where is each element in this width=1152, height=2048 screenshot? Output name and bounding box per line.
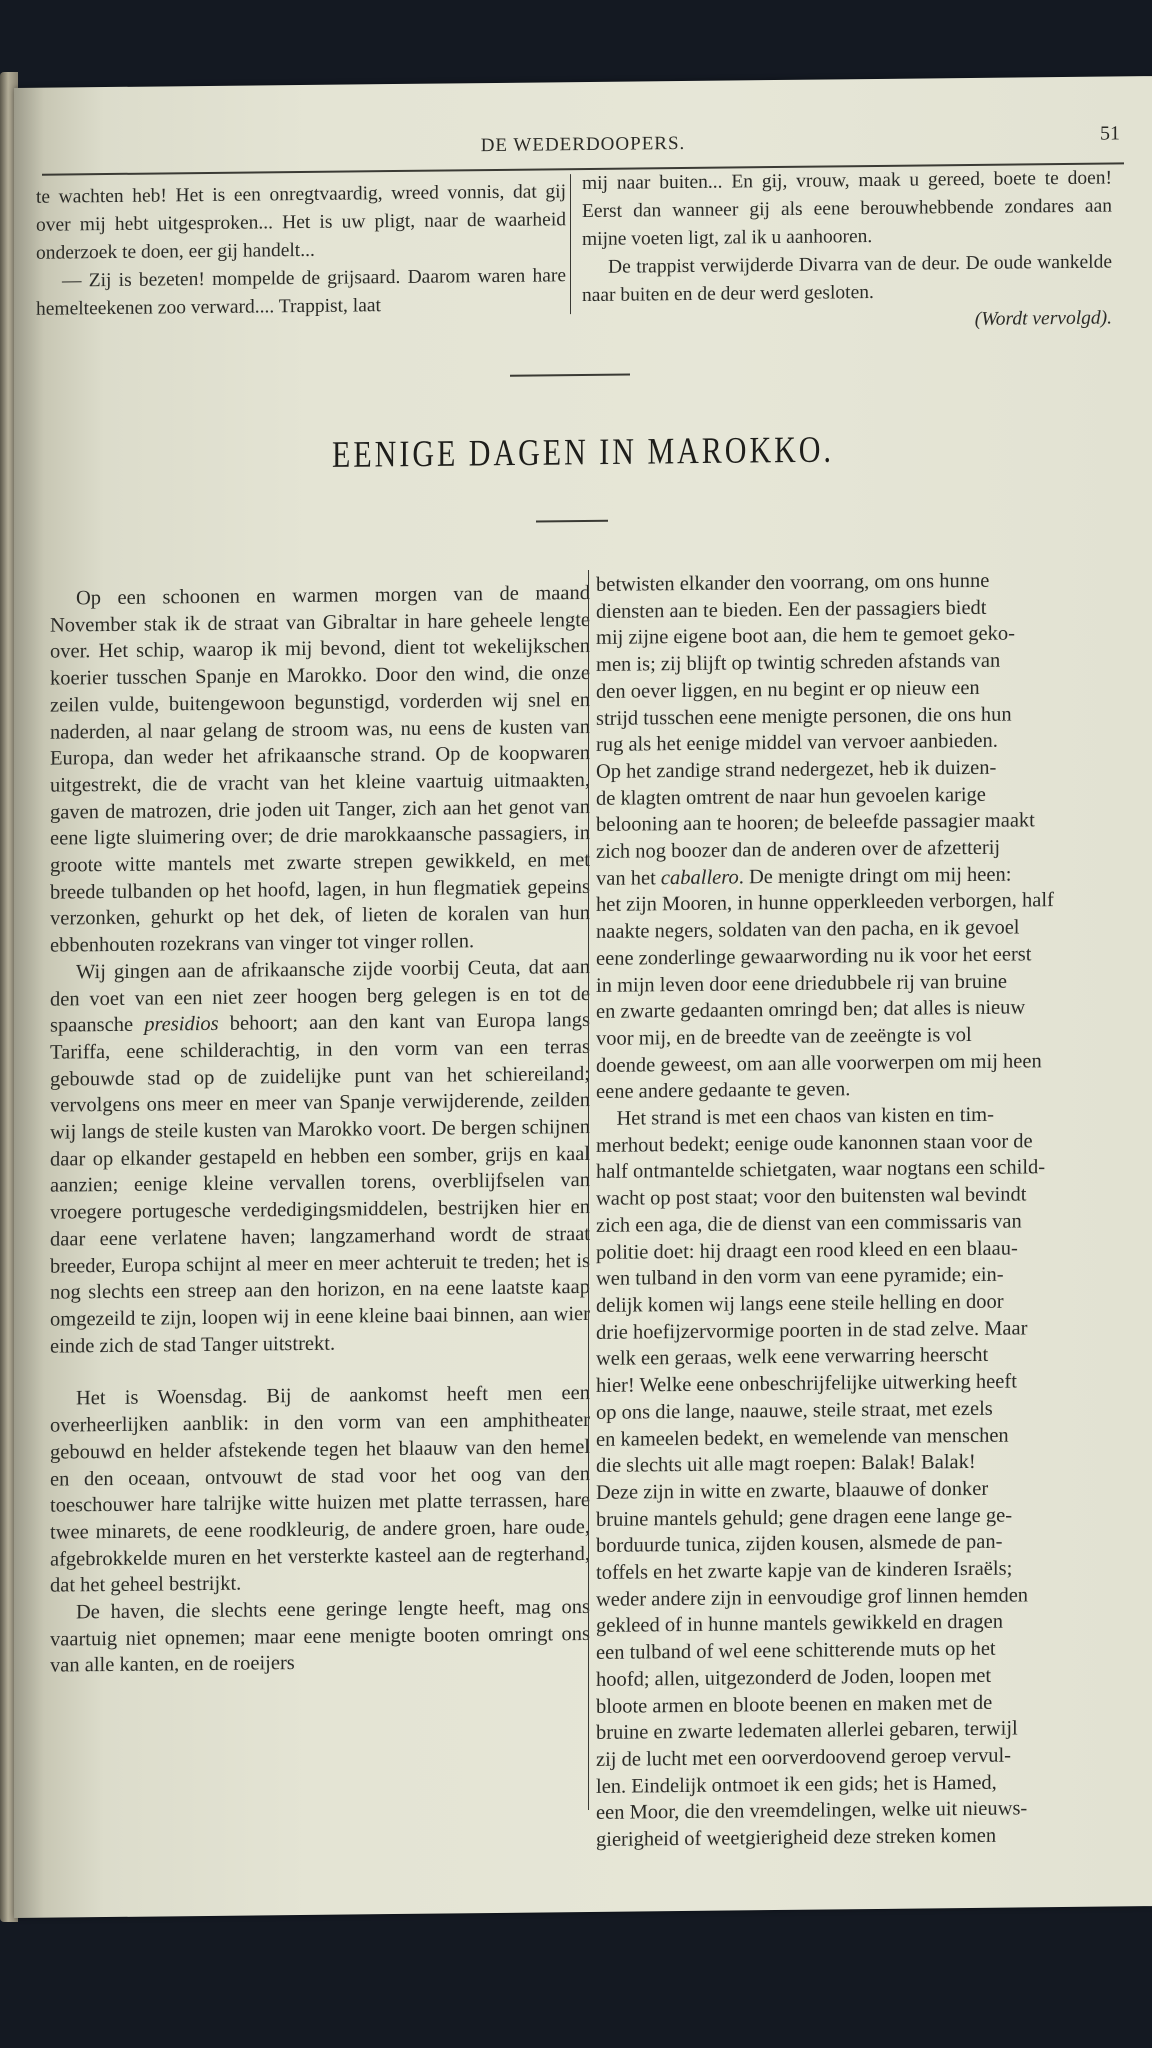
article-right-column: betwisten elkander den voorrang, om ons … <box>596 566 1152 1854</box>
paragraph: De haven, die slechts eene geringe lengt… <box>50 1594 590 1680</box>
article-left-column: Op een schoonen en warmen morgen van de … <box>50 580 590 1680</box>
previous-story-left-column: te wachten heb! Het is een onregtvaardig… <box>36 178 566 324</box>
paragraph: te wachten heb! Het is een onregtvaardig… <box>36 178 566 268</box>
paragraph: De trappist verwijderde Divarra van de d… <box>582 249 1112 311</box>
paragraph: mij naar buiten... En gij, vrouw, maak u… <box>582 165 1112 255</box>
title-underline-rule <box>536 520 608 523</box>
background-bottom <box>0 1900 1152 2048</box>
previous-story-right-column: mij naar buiten... En gij, vrouw, maak u… <box>582 165 1112 339</box>
paragraph: Wij gingen aan de afrikaansche zijde voo… <box>50 954 590 1360</box>
paragraph: — Zij is bezeten! mompelde de grijsaard.… <box>36 262 566 324</box>
running-head: DE WEDERDOOPERS. <box>14 128 1152 162</box>
page-number: 51 <box>1100 122 1120 145</box>
column-divider <box>588 570 589 1810</box>
continued-note: (Wordt vervolgd). <box>582 305 1112 339</box>
article-title: EENIGE DAGEN IN MAROKKO. <box>14 426 1152 480</box>
italic-term: presidios <box>144 1013 218 1036</box>
text-line: gierigheid of weetgierigheid deze streke… <box>596 1821 1152 1854</box>
paragraph: Het is Woensdag. Bij de aankomst heeft m… <box>50 1380 590 1599</box>
italic-term: caballero <box>661 866 739 889</box>
paragraph: Op een schoonen en warmen morgen van de … <box>50 580 590 959</box>
column-divider <box>570 174 571 314</box>
book-page: DE WEDERDOOPERS. 51 te wachten heb! Het … <box>14 76 1152 1918</box>
section-separator-rule <box>510 374 630 377</box>
